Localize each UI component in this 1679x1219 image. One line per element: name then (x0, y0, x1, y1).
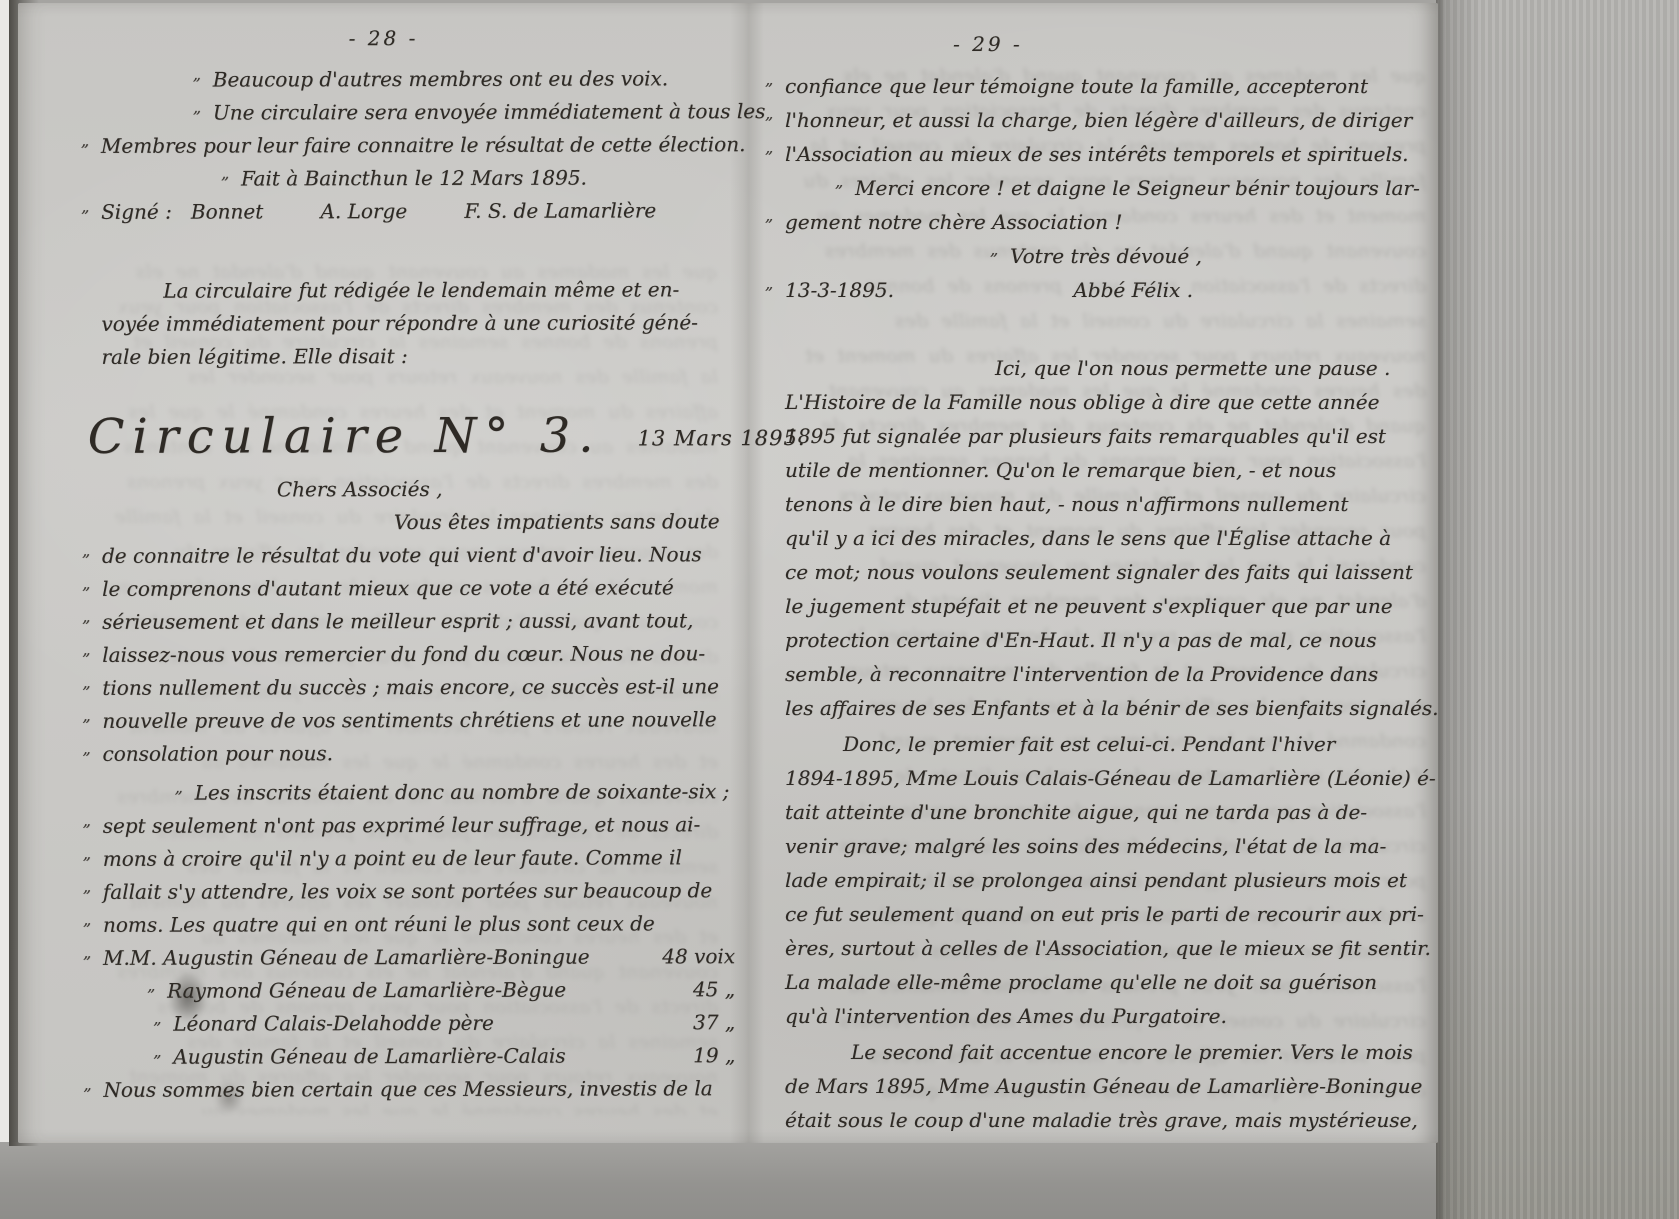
handwritten-line: La malade elle-même proclame qu'elle ne … (785, 965, 1433, 999)
line-text: 1895 fut signalée par plusieurs faits re… (785, 424, 1386, 448)
margin-quote-mark: „ (82, 732, 90, 765)
line-text: nouvelle preuve de vos sentiments chréti… (102, 707, 716, 733)
margin-quote-mark: „ (82, 633, 90, 666)
handwritten-line: tait atteinte d'une bronchite aigue, qui… (785, 795, 1433, 829)
line-text: tait atteinte d'une bronchite aigue, qui… (785, 800, 1367, 824)
line-text: Raymond Géneau de Lamarlière-Bègue (167, 978, 566, 1003)
handwritten-line: Donc, le premier fait est celui-ci. Pend… (785, 727, 1433, 761)
handwritten-line: de Mars 1895, Mme Augustin Géneau de Lam… (785, 1069, 1433, 1103)
margin-quote-mark: „ (82, 600, 90, 633)
handwritten-line: Circulaire N° 3.13 Mars 1895. (88, 382, 742, 462)
handwritten-line: „nouvelle preuve de vos sentiments chrét… (102, 703, 742, 738)
handwritten-line: les affaires de ses Enfants et à la béni… (785, 691, 1433, 725)
margin-quote-mark: „ (765, 97, 773, 131)
line-text: l'honneur, et aussi la charge, bien légè… (785, 108, 1412, 132)
line-text: Les inscrits étaient donc au nombre de s… (195, 779, 730, 804)
handwritten-line: L'Histoire de la Famille nous oblige à d… (785, 385, 1433, 419)
line-text: ères, surtout à celles de l'Association,… (785, 936, 1431, 960)
handwritten-line: „Fait à Baincthun le 12 Mars 1895. (101, 161, 741, 196)
line-text: lade empirait; il se prolongea ainsi pen… (785, 868, 1407, 892)
handwritten-line: voyée immédiatement pour répondre à une … (101, 306, 741, 341)
handwritten-line: Ici, que l'on nous permette une pause . (785, 351, 1433, 385)
line-text: était sous le coup d'une maladie très gr… (785, 1108, 1418, 1132)
margin-quote-mark: „ (82, 534, 90, 567)
line-text: qu'à l'intervention des Ames du Purgatoi… (785, 1004, 1227, 1028)
line-text: Nous sommes bien certain que ces Messieu… (103, 1076, 712, 1102)
margin-quote-mark: „ (82, 567, 90, 600)
handwritten-line: „13-3-1895.Abbé Félix . (785, 273, 1433, 307)
margin-quote-mark: „ (765, 165, 843, 199)
handwritten-line: tenons à le dire bien haut, - nous n'aff… (785, 487, 1433, 521)
handwritten-line: „Raymond Géneau de Lamarlière-Bègue45 „ (103, 973, 743, 1008)
margin-quote-mark: „ (83, 870, 91, 903)
handwritten-line: 1894-1895, Mme Louis Calais-Géneau de La… (785, 761, 1433, 795)
line-text: confiance que leur témoigne toute la fam… (785, 74, 1368, 98)
margin-quote-mark: „ (765, 131, 773, 165)
handwritten-line: protection certaine d'En-Haut. Il n'y a … (785, 623, 1433, 657)
line-text: Vous êtes impatients sans doute (394, 509, 720, 534)
handwritten-line: „sérieusement et dans le meilleur esprit… (102, 604, 742, 639)
handwritten-line: „tions nullement du succès ; mais encore… (102, 670, 742, 705)
handwritten-line: „l'Association au mieux de ses intérêts … (785, 137, 1433, 171)
line-text: Votre très dévoué , (1010, 244, 1202, 268)
margin-quote-mark: „ (82, 699, 90, 732)
line-text: Ici, que l'on nous permette une pause . (995, 356, 1390, 380)
line-text: Beaucoup d'autres membres ont eu des voi… (213, 66, 668, 91)
page-number-29: - 29 - (953, 27, 1433, 61)
page-stack-right-edge (1436, 0, 1679, 1219)
margin-quote-mark: „ (765, 233, 998, 267)
line-text: La malade elle-même proclame qu'elle ne … (785, 970, 1377, 994)
line-text: venir grave; malgré les soins des médeci… (785, 834, 1386, 858)
left-page-text: „Beaucoup d'autres membres ont eu des vo… (101, 62, 744, 1107)
handwritten-line: était sous le coup d'une maladie très gr… (785, 1103, 1433, 1137)
handwritten-line: lade empirait; il se prolongea ainsi pen… (785, 863, 1433, 897)
line-text: semble, à reconnaitre l'intervention de … (785, 662, 1378, 686)
line-text: de connaitre le résultat du vote qui vie… (102, 542, 702, 568)
line-text: le comprenons d'autant mieux que ce vote… (102, 575, 674, 600)
handwritten-line: le jugement stupéfait et ne peuvent s'ex… (785, 589, 1433, 623)
line-text: laissez-nous vous remercier du fond du c… (102, 641, 705, 667)
line-text: voyée immédiatement pour répondre à une … (101, 310, 698, 336)
handwritten-line: „Votre très dévoué , (785, 239, 1433, 273)
line-text: Signé : Bonnet A. Lorge F. S. de Lamarli… (101, 198, 656, 223)
margin-quote-mark: „ (81, 190, 89, 223)
handwritten-line: „Une circulaire sera envoyée immédiateme… (101, 95, 741, 130)
line-text: Léonard Calais-Delahodde père (173, 1011, 494, 1036)
vote-count: 19 „ (623, 1039, 735, 1072)
handwritten-line: La circulaire fut rédigée le lendemain m… (101, 273, 741, 308)
line-text: L'Histoire de la Famille nous oblige à d… (785, 390, 1379, 414)
right-page: - 29 - „confiance que leur témoigne tout… (785, 27, 1433, 1137)
line-text: Membres pour leur faire connaitre le rés… (101, 132, 746, 158)
letter-date: 13-3-1895. (785, 273, 894, 307)
margin-quote-mark: „ (765, 63, 773, 97)
line-text: le jugement stupéfait et ne peuvent s'ex… (785, 594, 1393, 618)
handwritten-line: „noms. Les quatre qui en ont réuni le pl… (103, 907, 743, 942)
line-text: les affaires de ses Enfants et à la béni… (785, 696, 1439, 720)
handwritten-line: „fallait s'y attendre, les voix se sont … (103, 874, 743, 909)
line-text: ce fut seulement quand on eut pris le pa… (785, 902, 1424, 926)
handwritten-line: Vous êtes impatients sans doute (102, 505, 742, 540)
handwritten-line: rale bien légitime. Elle disait : (101, 339, 741, 374)
handwritten-line: „l'honneur, et aussi la charge, bien lég… (785, 103, 1433, 137)
margin-quote-mark: „ (765, 267, 773, 301)
vote-count: 45 „ (629, 973, 735, 1006)
handwritten-line: venir grave; malgré les soins des médeci… (785, 829, 1433, 863)
handwritten-line: Chers Associés , (102, 472, 742, 507)
margin-quote-mark: „ (81, 58, 201, 91)
handwritten-line: „confiance que leur témoigne toute la fa… (785, 69, 1433, 103)
handwritten-line: „Léonard Calais-Delahodde père37 „ (103, 1006, 743, 1041)
book-spread-paper: que les madames au couvenant quand d'ale… (18, 3, 1438, 1143)
page-number-28: - 28 - (349, 20, 741, 55)
circular-title: Circulaire N° 3. (88, 410, 602, 462)
margin-quote-mark: „ (83, 771, 183, 804)
line-text: 1894-1895, Mme Louis Calais-Géneau de La… (785, 766, 1436, 790)
handwritten-line: „mons à croire qu'il n'y a point eu de l… (103, 841, 743, 876)
handwritten-line: qu'il y a ici des miracles, dans le sens… (785, 521, 1433, 555)
line-text: gement notre chère Association ! (785, 210, 1122, 234)
scan-bottom-area (0, 1142, 1444, 1219)
margin-quote-mark: „ (81, 157, 229, 190)
line-text: tions nullement du succès ; mais encore,… (102, 674, 719, 700)
handwritten-line: „M.M. Augustin Géneau de Lamarlière-Boni… (103, 940, 743, 975)
line-text: Une circulaire sera envoyée immédiatemen… (213, 99, 766, 124)
margin-quote-mark: „ (81, 91, 201, 124)
handwritten-line: ce mot; nous voulons seulement signaler … (785, 555, 1433, 589)
line-text: Donc, le premier fait est celui-ci. Pend… (843, 732, 1335, 756)
line-text: tenons à le dire bien haut, - nous n'aff… (785, 492, 1348, 516)
handwritten-line: „de connaitre le résultat du vote qui vi… (102, 538, 742, 573)
handwritten-line: „sept seulement n'ont pas exprimé leur s… (103, 808, 743, 843)
line-text: Merci encore ! et daigne le Seigneur bén… (855, 176, 1420, 200)
line-text: noms. Les quatre qui en ont réuni le plu… (103, 911, 655, 936)
scan-left-margin (0, 0, 9, 1219)
handwritten-line: Le second fait accentue encore le premie… (785, 1035, 1433, 1069)
right-page-text: „confiance que leur témoigne toute la fa… (785, 69, 1433, 1137)
margin-quote-mark: „ (765, 199, 773, 233)
margin-quote-mark: „ (81, 124, 89, 157)
handwritten-line: „Signé : Bonnet A. Lorge F. S. de Lamarl… (101, 194, 741, 229)
line-text: sérieusement et dans le meilleur esprit … (102, 608, 693, 634)
line-text: Le second fait accentue encore le premie… (851, 1040, 1413, 1064)
handwritten-line: semble, à reconnaitre l'intervention de … (785, 657, 1433, 691)
margin-quote-mark: „ (82, 666, 90, 699)
vote-count: 48 voix (662, 940, 735, 973)
margin-quote-mark: „ (83, 1068, 91, 1101)
margin-quote-mark: „ (83, 837, 91, 870)
line-text: Augustin Géneau de Lamarlière-Calais (173, 1044, 565, 1069)
line-text: qu'il y a ici des miracles, dans le sens… (785, 526, 1391, 550)
handwritten-line: „Nous sommes bien certain que ces Messie… (103, 1072, 743, 1107)
handwritten-line: „Merci encore ! et daigne le Seigneur bé… (785, 171, 1433, 205)
line-text: consolation pour nous. (102, 741, 333, 766)
line-text: mons à croire qu'il n'y a point eu de le… (103, 845, 682, 871)
vote-count: 37 „ (623, 1006, 735, 1039)
margin-quote-mark: „ (83, 903, 91, 936)
handwritten-line: „Les inscrits étaient donc au nombre de … (103, 775, 743, 810)
line-text: Fait à Baincthun le 12 Mars 1895. (241, 166, 587, 191)
line-text: ce mot; nous voulons seulement signaler … (785, 560, 1413, 584)
handwritten-line: ce fut seulement quand on eut pris le pa… (785, 897, 1433, 931)
handwritten-line: 1895 fut signalée par plusieurs faits re… (785, 419, 1433, 453)
margin-quote-mark: „ (83, 969, 155, 1002)
margin-quote-mark: „ (83, 1002, 161, 1035)
line-text: protection certaine d'En-Haut. Il n'y a … (785, 628, 1377, 652)
handwritten-line: „Augustin Géneau de Lamarlière-Calais19 … (103, 1039, 743, 1074)
handwritten-line: utile de mentionner. Qu'on le remarque b… (785, 453, 1433, 487)
line-text: sept seulement n'ont pas exprimé leur su… (103, 812, 701, 838)
line-text: Chers Associés , (277, 477, 443, 501)
line-text: utile de mentionner. Qu'on le remarque b… (785, 458, 1336, 482)
handwritten-line: „laissez-nous vous remercier du fond du … (102, 637, 742, 672)
line-text: rale bien légitime. Elle disait : (101, 344, 407, 369)
margin-quote-mark: „ (83, 936, 91, 969)
line-text: La circulaire fut rédigée le lendemain m… (163, 277, 679, 302)
line-text: l'Association au mieux de ses intérêts t… (785, 142, 1408, 166)
handwritten-line: „le comprenons d'autant mieux que ce vot… (102, 571, 742, 606)
circular-title-date: 13 Mars 1895. (637, 422, 805, 460)
margin-quote-mark: „ (83, 1035, 161, 1068)
handwritten-line: ères, surtout à celles de l'Association,… (785, 931, 1433, 965)
handwritten-line: „consolation pour nous. (102, 736, 742, 771)
signature-name: Abbé Félix . (1073, 273, 1193, 307)
line-text: M.M. Augustin Géneau de Lamarlière-Bonin… (103, 945, 590, 970)
line-text: de Mars 1895, Mme Augustin Géneau de Lam… (785, 1074, 1422, 1098)
left-page: - 28 - „Beaucoup d'autres membres ont eu… (101, 20, 744, 1107)
handwritten-line: qu'à l'intervention des Ames du Purgatoi… (785, 999, 1433, 1033)
margin-quote-mark: „ (83, 804, 91, 837)
line-text: fallait s'y attendre, les voix se sont p… (103, 878, 712, 904)
